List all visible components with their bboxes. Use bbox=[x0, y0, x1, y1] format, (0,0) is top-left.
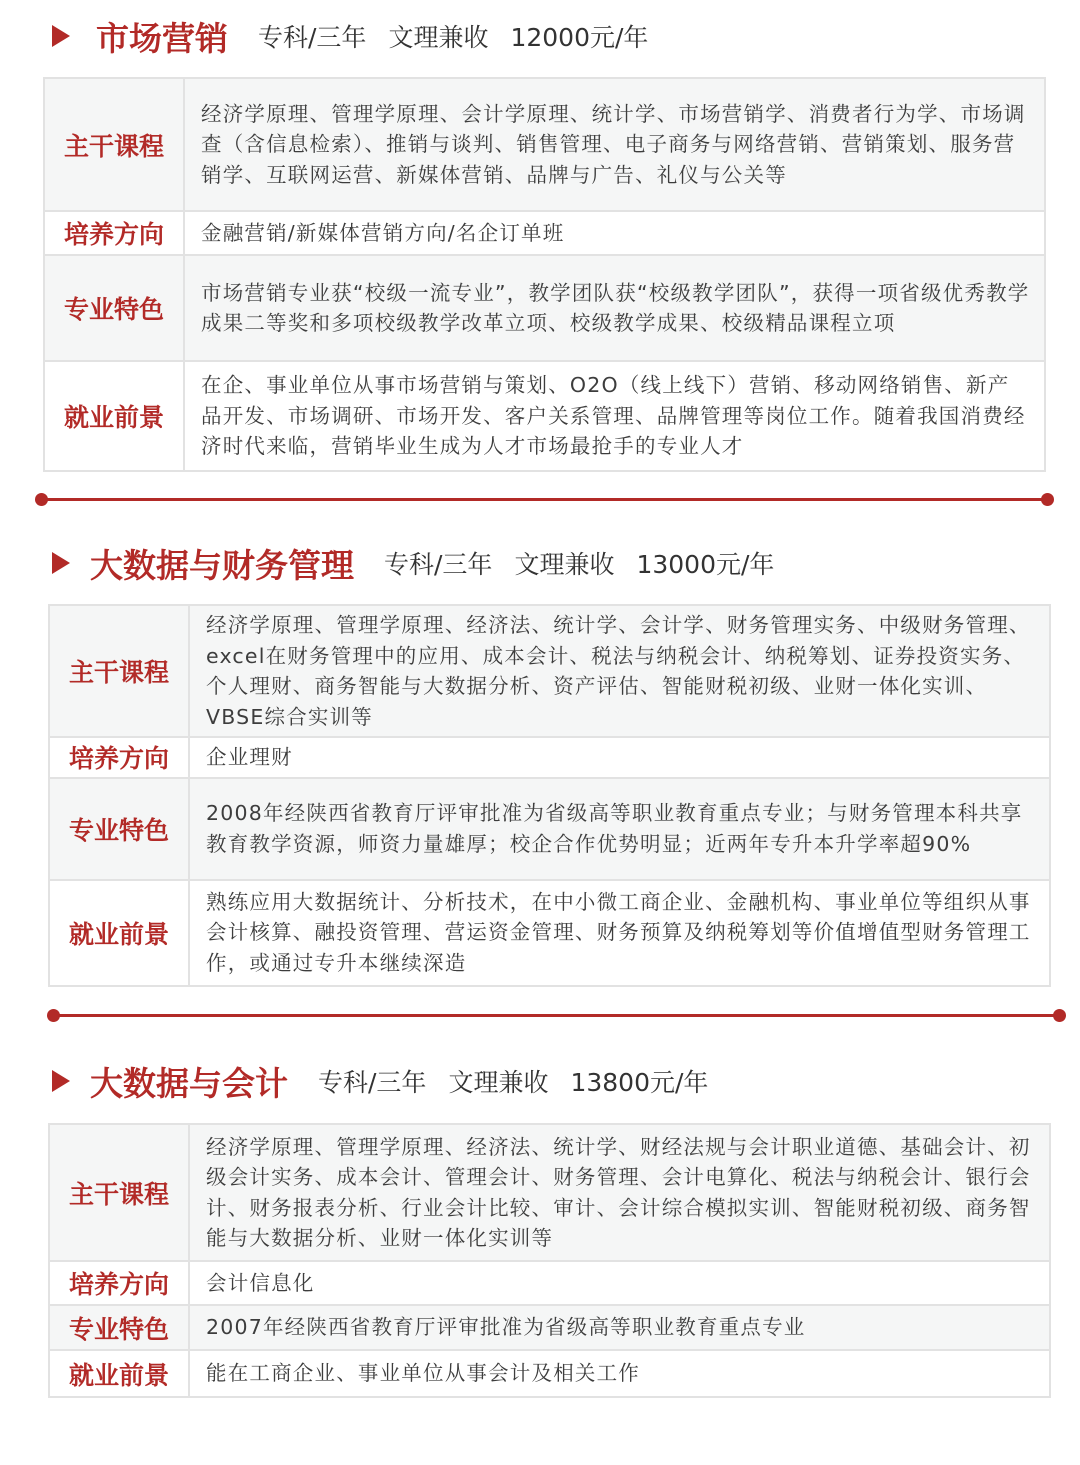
major-level: 专科/三年 bbox=[258, 23, 366, 52]
divider-dot-right-icon bbox=[1053, 1009, 1066, 1022]
row-label: 专业特色 bbox=[49, 1305, 189, 1350]
row-value: 市场营销专业获“校级一流专业”，教学团队获“校级教学团队”，获得一项省级优秀教学… bbox=[184, 255, 1045, 361]
row-value: 金融营销/新媒体营销方向/名企订单班 bbox=[184, 211, 1045, 255]
major-heading-marketing: 市场营销 专科/三年文理兼收12000元/年 bbox=[52, 12, 670, 60]
table-row: 培养方向 金融营销/新媒体营销方向/名企订单班 bbox=[44, 211, 1045, 255]
row-value: 能在工商企业、事业单位从事会计及相关工作 bbox=[189, 1350, 1050, 1397]
table-row: 主干课程 经济学原理、管理学原理、会计学原理、统计学、市场营销学、消费者行为学、… bbox=[44, 78, 1045, 211]
major-info-table-marketing: 主干课程 经济学原理、管理学原理、会计学原理、统计学、市场营销学、消费者行为学、… bbox=[43, 77, 1046, 472]
major-tuition: 13800元/年 bbox=[570, 1068, 708, 1097]
row-label: 培养方向 bbox=[44, 211, 184, 255]
table-row: 就业前景 熟练应用大数据统计、分析技术，在中小微工商企业、金融机构、事业单位等组… bbox=[49, 880, 1050, 986]
divider-dot-left-icon bbox=[47, 1009, 60, 1022]
row-label: 专业特色 bbox=[44, 255, 184, 361]
row-label: 主干课程 bbox=[49, 1124, 189, 1261]
table-row: 专业特色 市场营销专业获“校级一流专业”，教学团队获“校级教学团队”，获得一项省… bbox=[44, 255, 1045, 361]
row-label: 主干课程 bbox=[49, 605, 189, 737]
major-admission: 文理兼收 bbox=[388, 23, 488, 52]
major-title: 大数据与财务管理 bbox=[90, 540, 354, 587]
row-label: 主干课程 bbox=[44, 78, 184, 211]
row-value: 经济学原理、管理学原理、会计学原理、统计学、市场营销学、消费者行为学、市场调查（… bbox=[184, 78, 1045, 211]
major-meta: 专科/三年文理兼收13000元/年 bbox=[384, 545, 796, 581]
table-row: 就业前景 在企、事业单位从事市场营销与策划、O2O（线上线下）营销、移动网络销售… bbox=[44, 361, 1045, 471]
table-row: 主干课程 经济学原理、管理学原理、经济法、统计学、财经法规与会计职业道德、基础会… bbox=[49, 1124, 1050, 1261]
triangle-bullet-icon bbox=[52, 552, 70, 574]
divider-dot-right-icon bbox=[1041, 493, 1054, 506]
major-heading-accounting: 大数据与会计 专科/三年文理兼收13800元/年 bbox=[52, 1057, 730, 1105]
row-label: 培养方向 bbox=[49, 737, 189, 778]
row-value: 经济学原理、管理学原理、经济法、统计学、财经法规与会计职业道德、基础会计、初级会… bbox=[189, 1124, 1050, 1261]
major-title: 大数据与会计 bbox=[90, 1058, 288, 1105]
row-value: 2008年经陕西省教育厅评审批准为省级高等职业教育重点专业；与财务管理本科共享教… bbox=[189, 778, 1050, 880]
major-info-table-finance: 主干课程 经济学原理、管理学原理、经济法、统计学、会计学、财务管理实务、中级财务… bbox=[48, 604, 1051, 987]
row-label: 就业前景 bbox=[49, 880, 189, 986]
section-divider-line bbox=[53, 1014, 1059, 1017]
major-level: 专科/三年 bbox=[318, 1068, 426, 1097]
table-row: 培养方向 企业理财 bbox=[49, 737, 1050, 778]
row-label: 就业前景 bbox=[49, 1350, 189, 1397]
table-row: 专业特色 2007年经陕西省教育厅评审批准为省级高等职业教育重点专业 bbox=[49, 1305, 1050, 1350]
major-admission: 文理兼收 bbox=[514, 550, 614, 579]
major-info-table-accounting: 主干课程 经济学原理、管理学原理、经济法、统计学、财经法规与会计职业道德、基础会… bbox=[48, 1123, 1051, 1398]
row-label: 就业前景 bbox=[44, 361, 184, 471]
row-value: 经济学原理、管理学原理、经济法、统计学、会计学、财务管理实务、中级财务管理、ex… bbox=[189, 605, 1050, 737]
row-value: 2007年经陕西省教育厅评审批准为省级高等职业教育重点专业 bbox=[189, 1305, 1050, 1350]
major-admission: 文理兼收 bbox=[448, 1068, 548, 1097]
row-value: 企业理财 bbox=[189, 737, 1050, 778]
table-row: 专业特色 2008年经陕西省教育厅评审批准为省级高等职业教育重点专业；与财务管理… bbox=[49, 778, 1050, 880]
divider-dot-left-icon bbox=[35, 493, 48, 506]
major-heading-finance: 大数据与财务管理 专科/三年文理兼收13000元/年 bbox=[52, 539, 796, 587]
major-meta: 专科/三年文理兼收13800元/年 bbox=[318, 1063, 730, 1099]
table-row: 主干课程 经济学原理、管理学原理、经济法、统计学、会计学、财务管理实务、中级财务… bbox=[49, 605, 1050, 737]
major-tuition: 13000元/年 bbox=[636, 550, 774, 579]
row-label: 专业特色 bbox=[49, 778, 189, 880]
triangle-bullet-icon bbox=[52, 25, 70, 47]
major-title: 市场营销 bbox=[96, 13, 228, 60]
major-level: 专科/三年 bbox=[384, 550, 492, 579]
table-row: 就业前景 能在工商企业、事业单位从事会计及相关工作 bbox=[49, 1350, 1050, 1397]
row-label: 培养方向 bbox=[49, 1261, 189, 1305]
row-value: 会计信息化 bbox=[189, 1261, 1050, 1305]
row-value: 熟练应用大数据统计、分析技术，在中小微工商企业、金融机构、事业单位等组织从事会计… bbox=[189, 880, 1050, 986]
major-tuition: 12000元/年 bbox=[510, 23, 648, 52]
section-divider-line bbox=[41, 498, 1047, 501]
major-meta: 专科/三年文理兼收12000元/年 bbox=[258, 18, 670, 54]
table-row: 培养方向 会计信息化 bbox=[49, 1261, 1050, 1305]
row-value: 在企、事业单位从事市场营销与策划、O2O（线上线下）营销、移动网络销售、新产品开… bbox=[184, 361, 1045, 471]
triangle-bullet-icon bbox=[52, 1070, 70, 1092]
